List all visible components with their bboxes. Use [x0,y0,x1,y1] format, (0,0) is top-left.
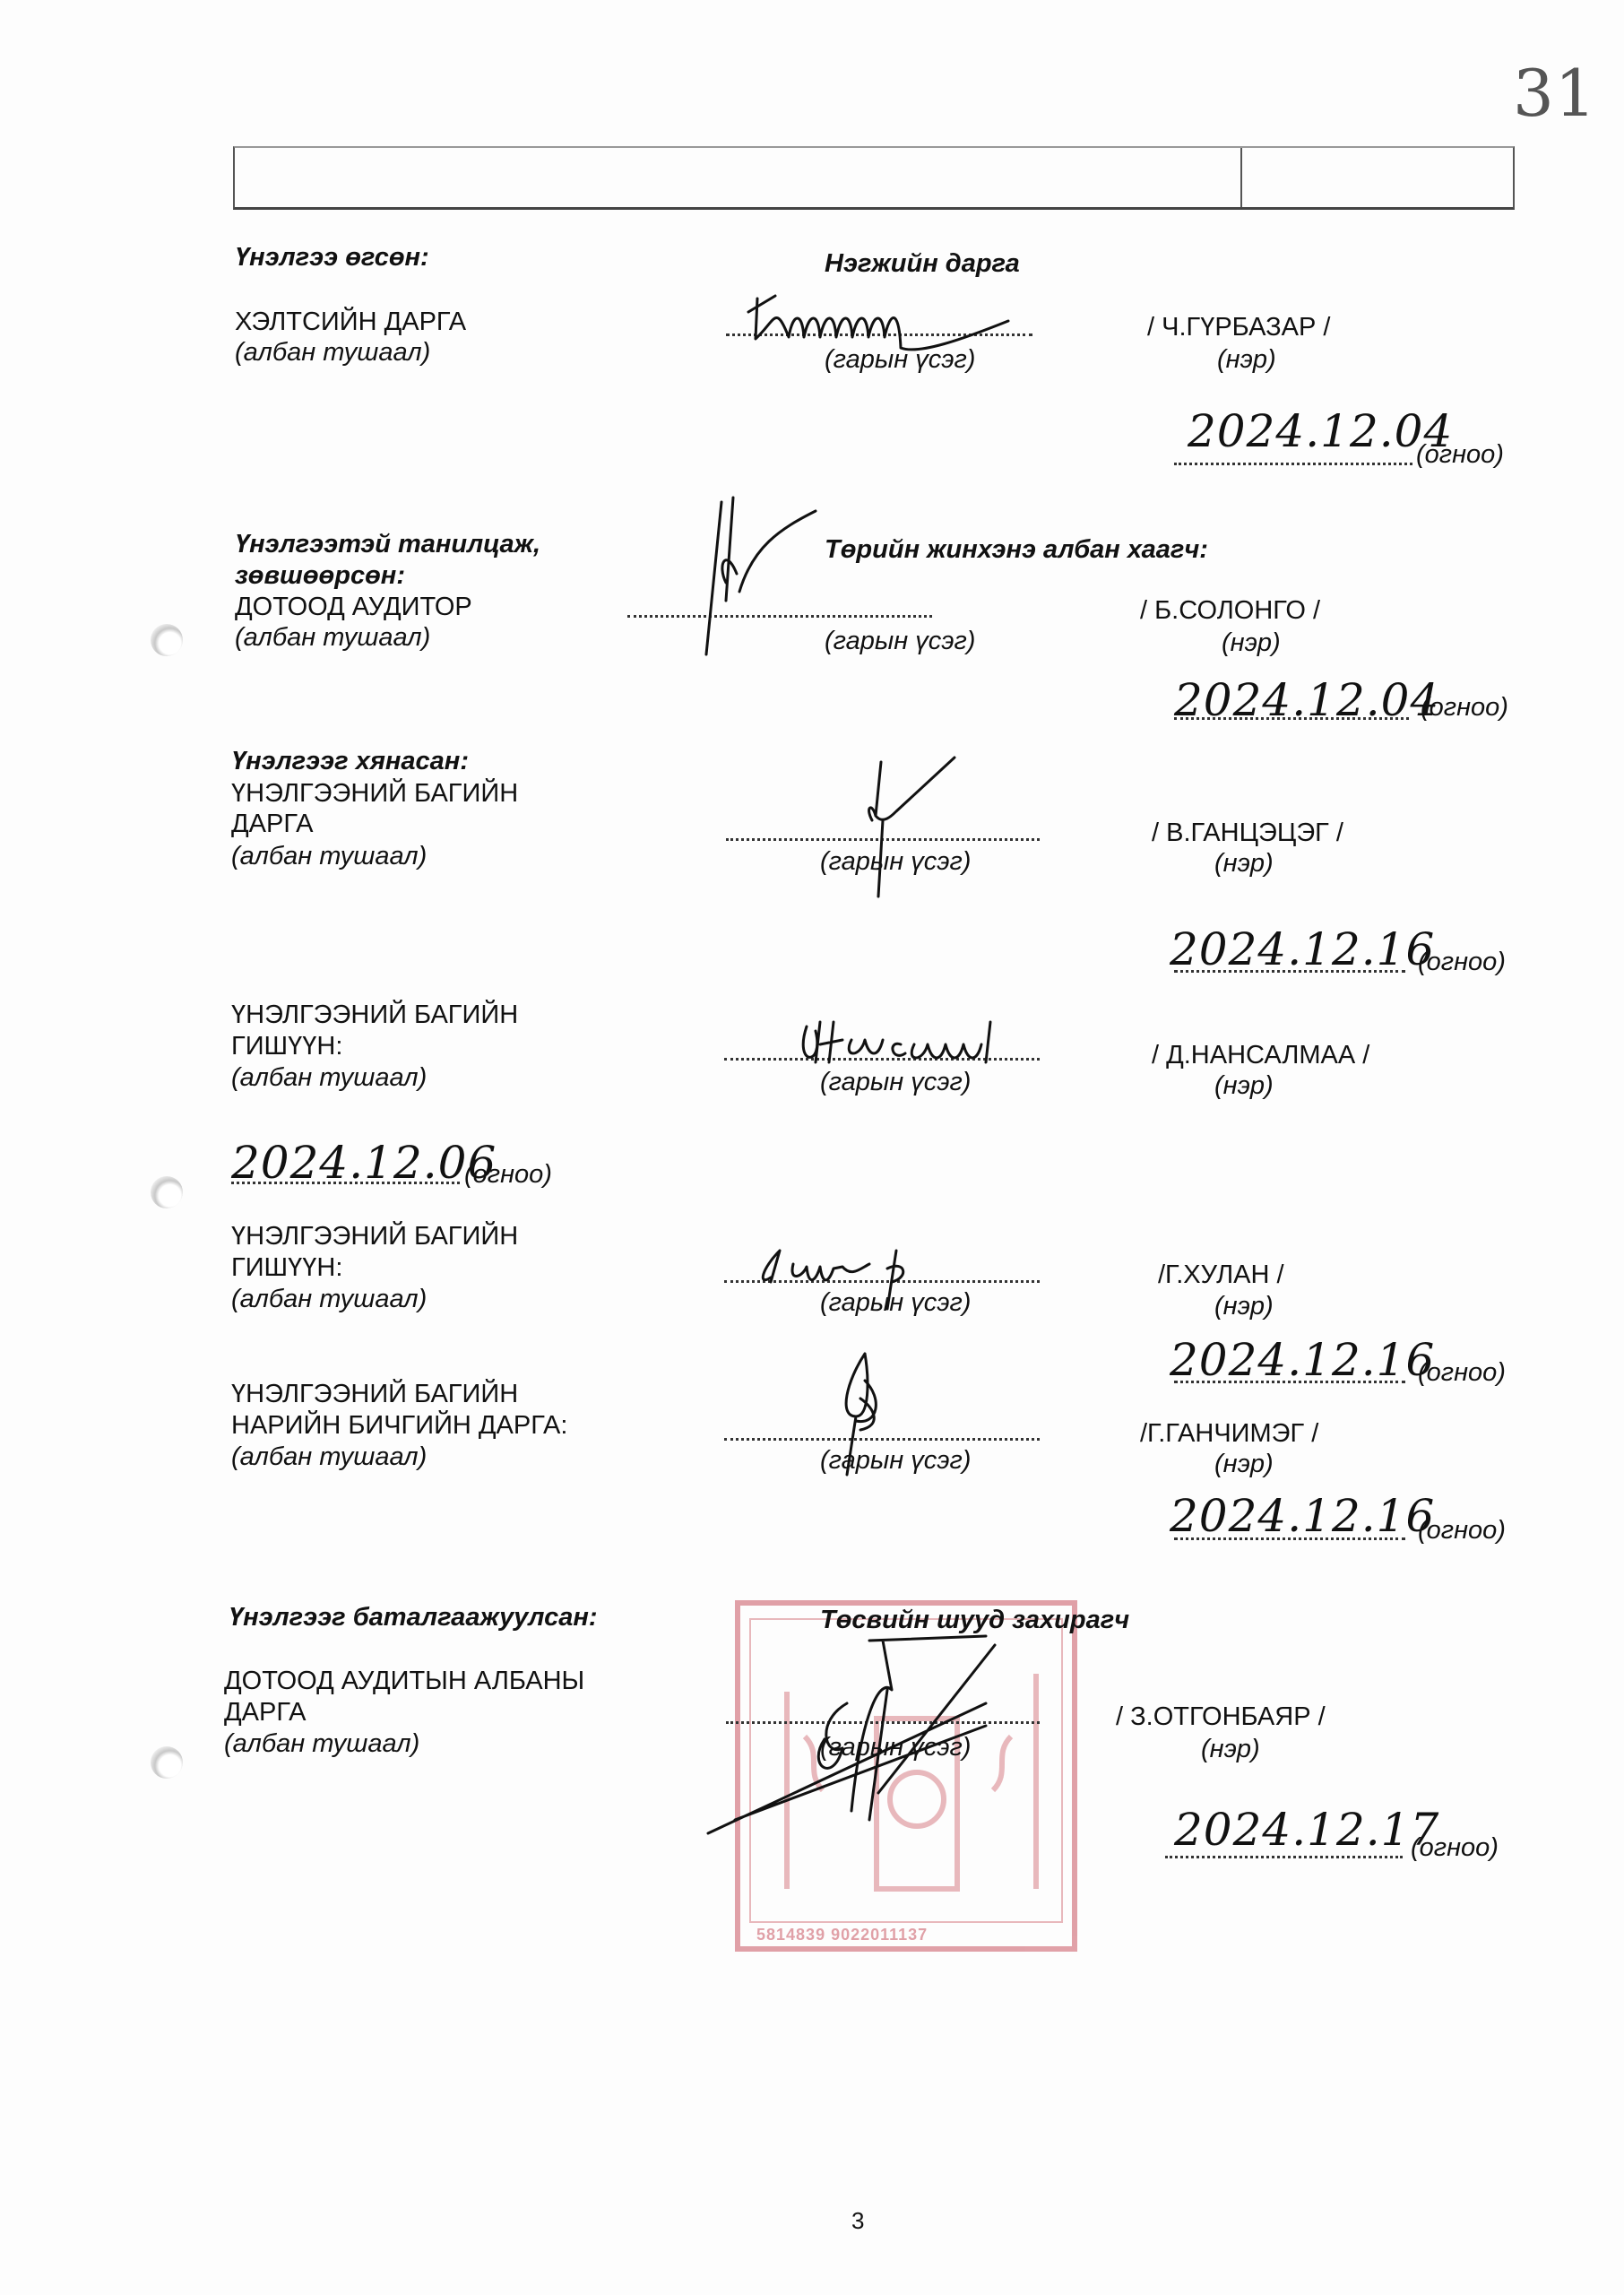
date-caption: (огноо) [1416,439,1504,470]
person-name: / Ч.ГҮРБАЗАР / [1147,312,1330,342]
date-caption: (огноо) [1421,692,1508,723]
signature-caption: (гарын үсэг) [820,1287,971,1318]
position-caption: (албан тушаал) [231,841,427,871]
handwritten-date: 2024.12.04 [1174,674,1439,726]
handwritten-date: 2024.12.16 [1170,1490,1435,1542]
signature-image [856,753,972,905]
position-caption: (албан тушаал) [235,622,430,653]
section-role: Нэгжийн дарга [825,248,1020,279]
page-number: 3 [851,2207,864,2235]
section-heading: Үнэлгээг хянасан: [231,746,469,776]
date-line [1165,1856,1403,1858]
section-heading: Үнэлгээг баталгаажуулсан: [229,1602,598,1632]
top-table [233,146,1515,210]
position-caption: (албан тушаал) [231,1062,427,1093]
position-title-cont: ГИШҮҮН: [231,1031,342,1061]
handwritten-date: 2024.12.16 [1170,923,1435,975]
table-divider [1240,148,1242,207]
position-title-cont: ДАРГА [231,809,313,839]
section-heading: Үнэлгээтэй танилцаж, [235,529,540,559]
position-title-cont: НАРИЙН БИЧГИЙН ДАРГА: [231,1410,567,1441]
person-name: /Г.ХУЛАН / [1158,1260,1284,1290]
handwritten-sheet-number: 31 [1513,56,1597,131]
handwritten-date: 2024.12.17 [1174,1804,1439,1856]
stamp-registration-numbers: 5814839 9022011137 [756,1926,928,1944]
position-title: ҮНЭЛГЭЭНИЙ БАГИЙН [231,1379,518,1409]
punch-hole [151,624,183,656]
signature-caption: (гарын үсэг) [820,846,971,877]
punch-hole [151,1176,183,1208]
position-title: ҮНЭЛГЭЭНИЙ БАГИЙН [231,1221,518,1251]
signature-caption: (гарын үсэг) [820,1445,971,1476]
signature-caption: (гарын үсэг) [825,626,975,656]
position-title-cont: ДАРГА [224,1697,306,1728]
position-title: ҮНЭЛГЭЭНИЙ БАГИЙН [231,1000,518,1030]
position-title: ДОТООД АУДИТЫН АЛБАНЫ [224,1666,584,1696]
position-caption: (албан тушаал) [231,1284,427,1314]
name-caption: (нэр) [1214,1449,1274,1479]
name-caption: (нэр) [1217,344,1276,375]
position-caption: (албан тушаал) [235,337,430,368]
name-caption: (нэр) [1214,1291,1274,1321]
section-role: Төрийн жинхэнэ албан хаагч: [825,534,1208,565]
section-heading-cont: зөвшөөрсөн: [235,560,405,591]
signature-caption: (гарын үсэг) [825,344,975,375]
punch-hole [151,1746,183,1779]
signature-image [699,1614,1040,1847]
date-caption: (огноо) [1418,1515,1506,1546]
handwritten-date: 2024.12.06 [231,1137,497,1189]
name-caption: (нэр) [1214,1070,1274,1101]
person-name: /Г.ГАНЧИМЭГ / [1140,1418,1318,1449]
position-caption: (албан тушаал) [224,1728,419,1759]
section-heading: Үнэлгээ өгсөн: [235,242,429,273]
name-caption: (нэр) [1222,628,1281,658]
signature-caption: (гарын үсэг) [820,1067,971,1097]
position-caption: (албан тушаал) [231,1442,427,1472]
position-title-cont: ГИШҮҮН: [231,1252,342,1283]
name-caption: (нэр) [1214,848,1274,879]
date-caption: (огноо) [464,1159,552,1190]
position-title: ҮНЭЛГЭЭНИЙ БАГИЙН [231,778,518,809]
date-caption: (огноо) [1418,1357,1506,1388]
signature-image [699,493,825,672]
date-caption: (огноо) [1418,947,1506,977]
handwritten-date: 2024.12.04 [1188,405,1453,457]
name-caption: (нэр) [1201,1734,1260,1764]
position-title: ХЭЛТСИЙН ДАРГА [235,307,466,337]
handwritten-date: 2024.12.16 [1170,1334,1435,1386]
person-name: / З.ОТГОНБАЯР / [1116,1702,1326,1732]
person-name: / В.ГАНЦЭЦЭГ / [1152,818,1343,848]
date-caption: (огноо) [1411,1832,1499,1863]
date-line [1174,463,1412,465]
person-name: / Б.СОЛОНГО / [1140,595,1320,626]
person-name: / Д.НАНСАЛМАА / [1152,1040,1369,1070]
position-title: ДОТООД АУДИТОР [235,592,472,622]
